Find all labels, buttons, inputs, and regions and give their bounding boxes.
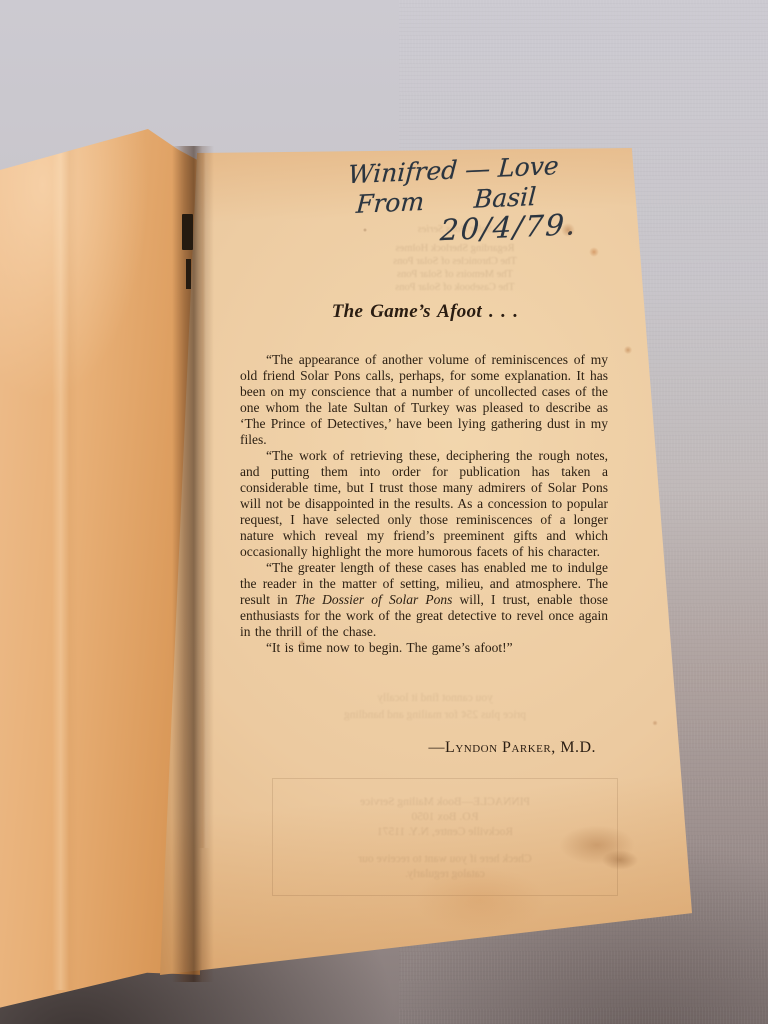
paragraph-4: “It is time now to begin. The game’s afo… <box>240 640 608 656</box>
spine-ink-mark <box>182 214 193 250</box>
page-title: The Game’s Afoot . . . <box>240 301 610 323</box>
page-curl-highlight <box>52 130 78 990</box>
showthrough-series-line: The Memoirs of Solar Pons <box>315 268 595 281</box>
inscription-date: 20/4/79. <box>439 205 635 248</box>
showthrough-order-line: P.O. Box 1050 <box>273 810 617 825</box>
photo-of-open-book: Solar Pons Series Regarding Sherlock Hol… <box>0 0 768 1024</box>
book-page: Solar Pons Series Regarding Sherlock Hol… <box>150 138 700 986</box>
page-crease <box>198 148 210 848</box>
handwritten-inscription: Winifred — Love From Basil 20/4/79. <box>343 148 638 252</box>
paragraph-3: “The greater length of these cases has e… <box>240 560 608 640</box>
paragraph-1: “The appearance of another volume of rem… <box>240 352 608 448</box>
showthrough-order-line: Rockville Centre, N.Y. 11571 <box>273 825 617 840</box>
showthrough-order-box-text: PINNACLE—Book Mailing Service P.O. Box 1… <box>273 779 617 882</box>
showthrough-order-line: Check here if you want to receive our <box>273 852 617 867</box>
showthrough-mailer-text: you cannot find it locally price plus 25… <box>270 690 600 724</box>
showthrough-series-line: The Chronicles of Solar Pons <box>315 255 595 268</box>
showthrough-series-line: The Casebook of Solar Pons <box>315 281 595 294</box>
foreword-text: “The appearance of another volume of rem… <box>240 352 608 656</box>
showthrough-order-line: PINNACLE—Book Mailing Service <box>273 795 617 810</box>
showthrough-order-gap <box>273 840 617 852</box>
attribution-signature: —Lyndon Parker, M.D. <box>240 739 596 757</box>
showthrough-mailer-line: price plus 25¢ for mailing and handling <box>270 707 600 724</box>
showthrough-mailer-line: you cannot find it locally <box>270 690 600 707</box>
showthrough-order-box: PINNACLE—Book Mailing Service P.O. Box 1… <box>272 778 618 896</box>
paragraph-2: “The work of retrieving these, decipheri… <box>240 448 608 560</box>
book-title-italic: The Dossier of Solar Pons <box>295 592 453 607</box>
showthrough-order-line: catalog regularly. <box>273 867 617 882</box>
